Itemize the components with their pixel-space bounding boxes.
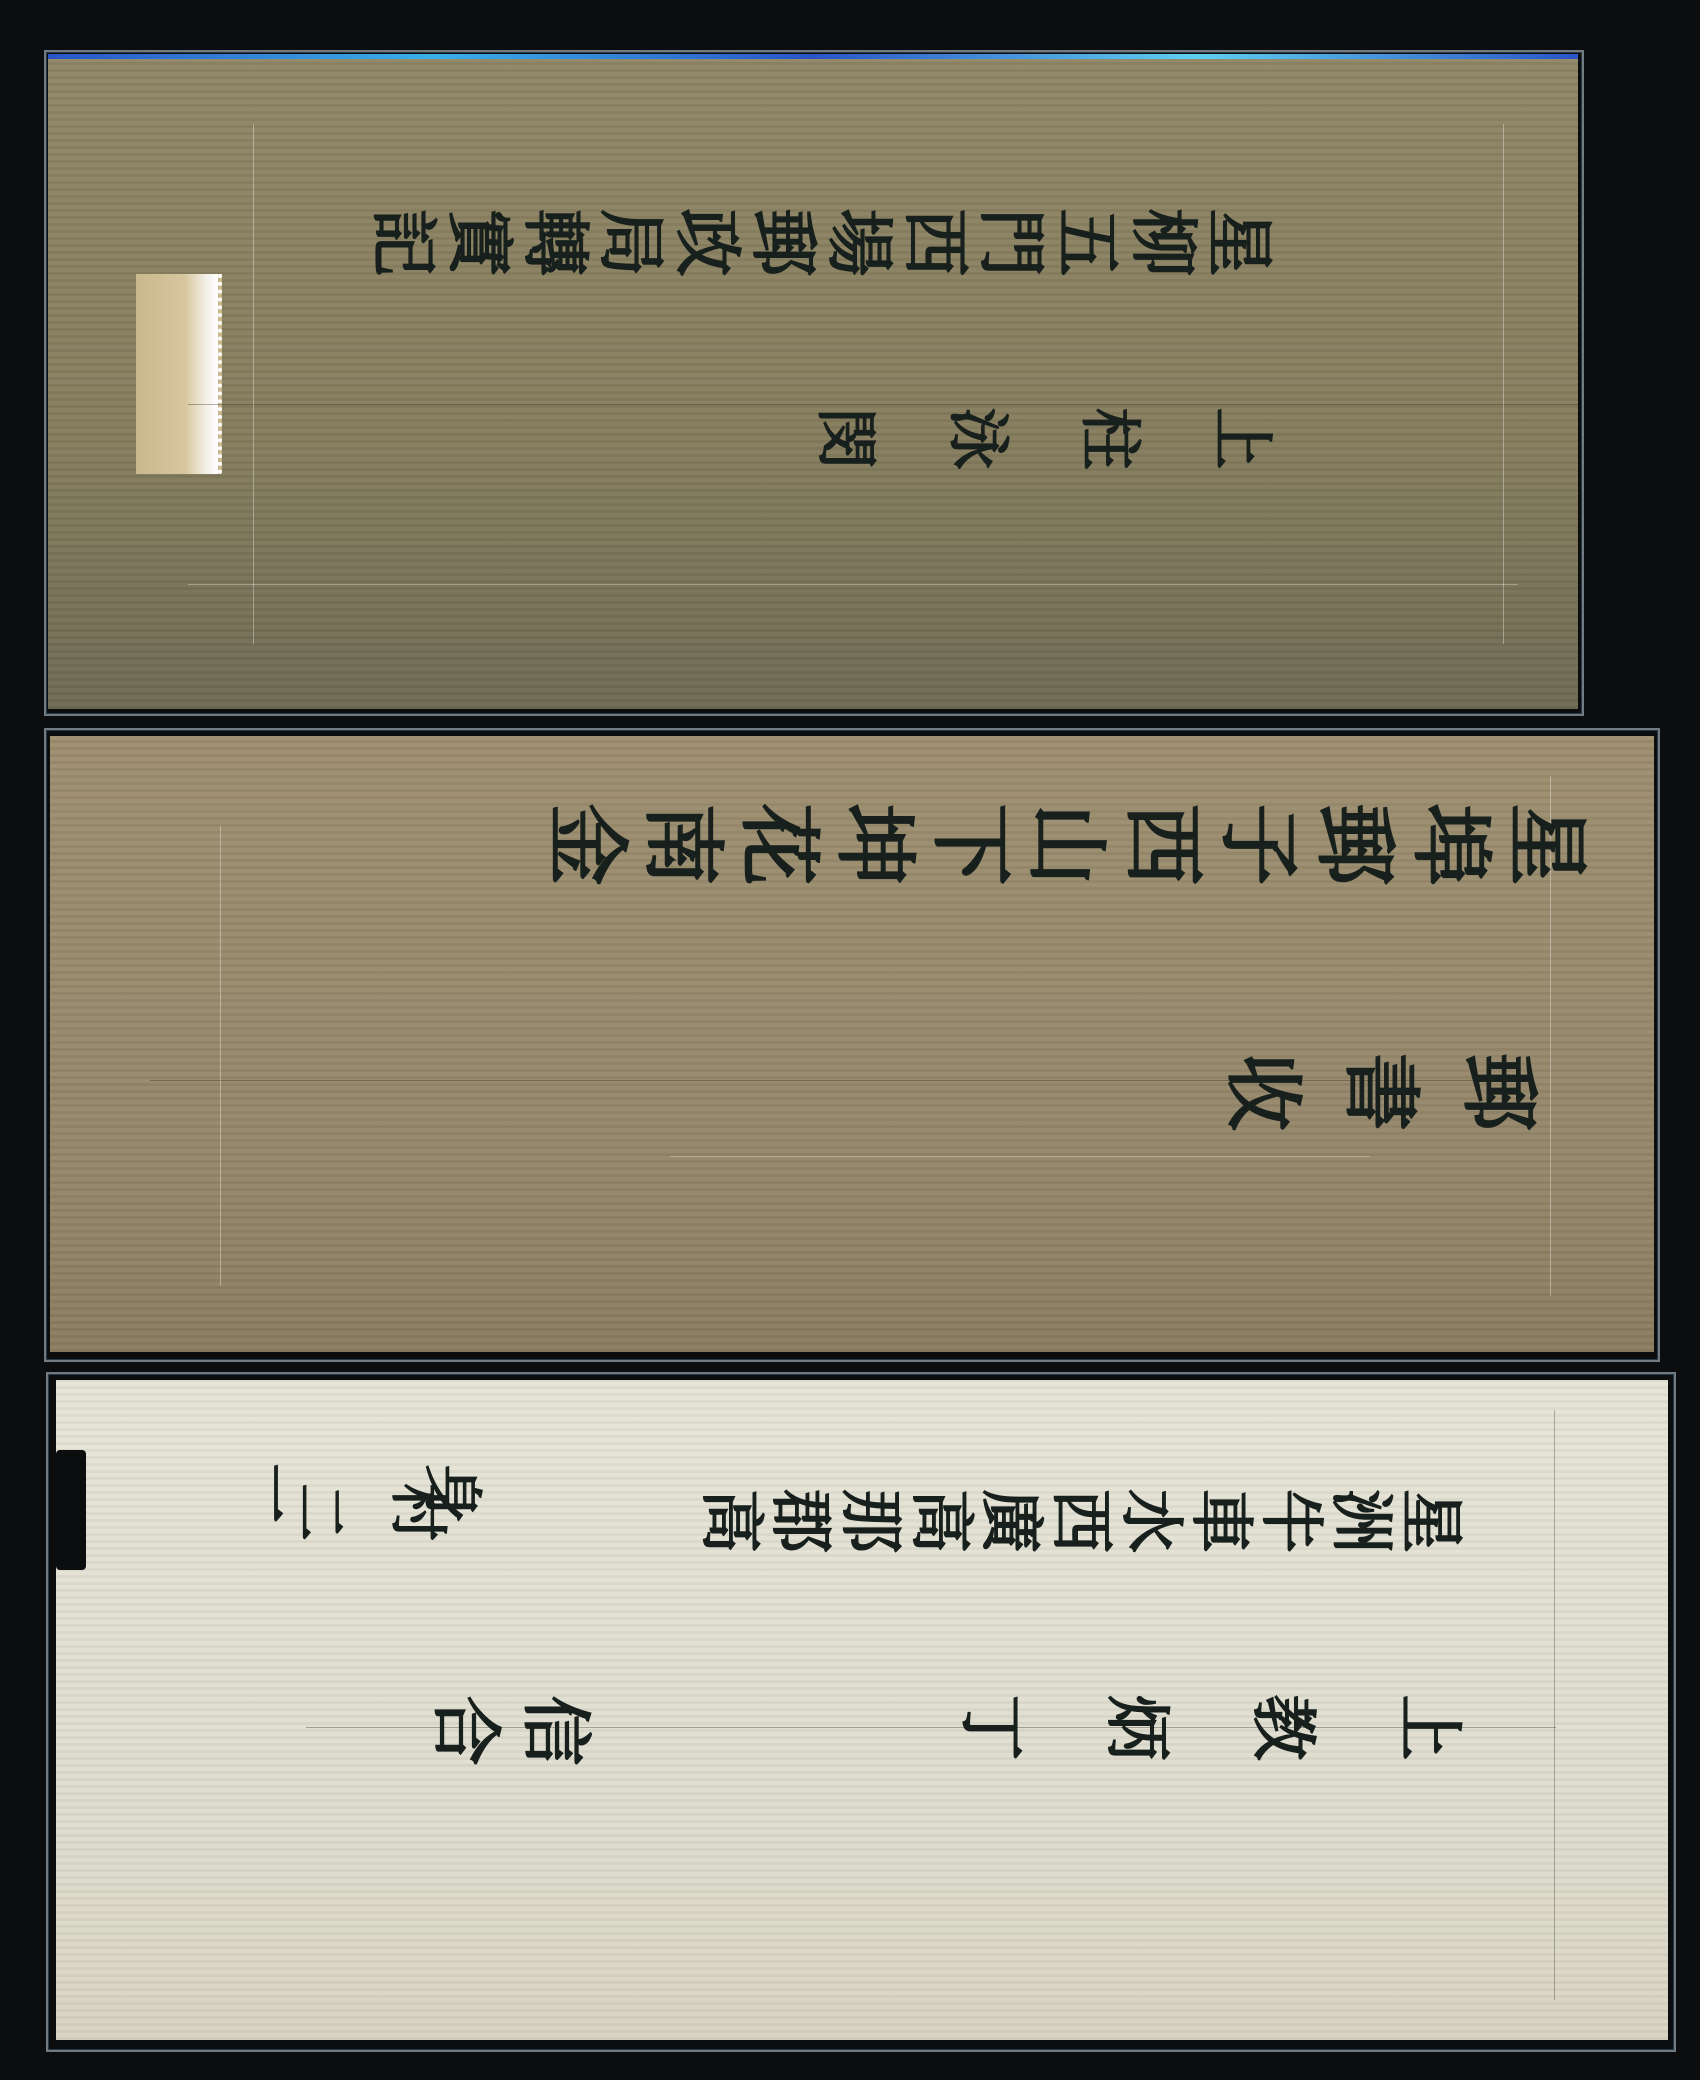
sender-line-2: 村 二	[296, 1470, 452, 1554]
stamp-edge	[48, 54, 1578, 59]
handwritten-char: 上	[1202, 407, 1291, 469]
recipient-line: 上 教 炳 丁	[964, 1680, 1468, 1775]
handwritten-char: 郵	[1449, 1053, 1561, 1131]
handwritten-char: 閔	[806, 407, 895, 469]
handwritten-char: 收	[1213, 1053, 1325, 1131]
handwritten-char: 上	[1388, 1695, 1483, 1761]
sleeve-crease	[253, 124, 254, 644]
recipient-line: 郵 書 收	[1230, 1036, 1544, 1148]
handwritten-char: 柱	[1070, 407, 1159, 469]
recipient-line: 上 柱 泳 閔	[820, 394, 1278, 483]
sleeve-crease	[188, 584, 1518, 585]
handwritten-char: 合	[421, 1696, 522, 1766]
handwritten-char: 信	[511, 1696, 612, 1766]
sleeve-crease	[670, 1156, 1370, 1157]
handwritten-char: 泳	[938, 407, 1027, 469]
handwritten-char: 二	[283, 1483, 367, 1541]
envelope-1: 星 柳 五 門 西 場 郵 政 局 轉 實 記 上 柱 泳 閔	[48, 54, 1578, 709]
sender-line-3: 信 合	[436, 1680, 596, 1781]
handwritten-char: 村	[381, 1483, 465, 1541]
flap-edge	[1554, 1410, 1555, 2000]
torn-corner-shadow	[56, 1450, 86, 1570]
sleeve-crease	[220, 826, 221, 1286]
handwritten-char: 炳	[1096, 1695, 1191, 1761]
handwritten-char: 記	[359, 208, 456, 276]
address-line: 星 埠 郵 子 西 山 下 坤 花 南 金	[552, 786, 1594, 903]
handwritten-char: 教	[1242, 1695, 1337, 1761]
address-line: 星 洲 牛 車 水 西 廣 高 那 郡 高	[704, 1475, 1468, 1567]
handwritten-char: 書	[1331, 1053, 1443, 1131]
handwritten-char: 丁	[950, 1695, 1045, 1761]
address-line: 星 柳 五 門 西 場 郵 政 局 轉 實 記	[374, 194, 1278, 291]
envelope-3: 星 洲 牛 車 水 西 廣 高 那 郡 高 上 教 炳 丁 身 一 村 二 信 …	[56, 1380, 1668, 2040]
tape-remnant	[136, 274, 222, 474]
sleeve-crease	[1503, 124, 1504, 644]
handwritten-char: 高	[690, 1489, 782, 1553]
handwritten-char: 金	[534, 803, 651, 885]
envelope-2: 星 埠 郵 子 西 山 下 坤 花 南 金 郵 書 收	[50, 736, 1654, 1352]
